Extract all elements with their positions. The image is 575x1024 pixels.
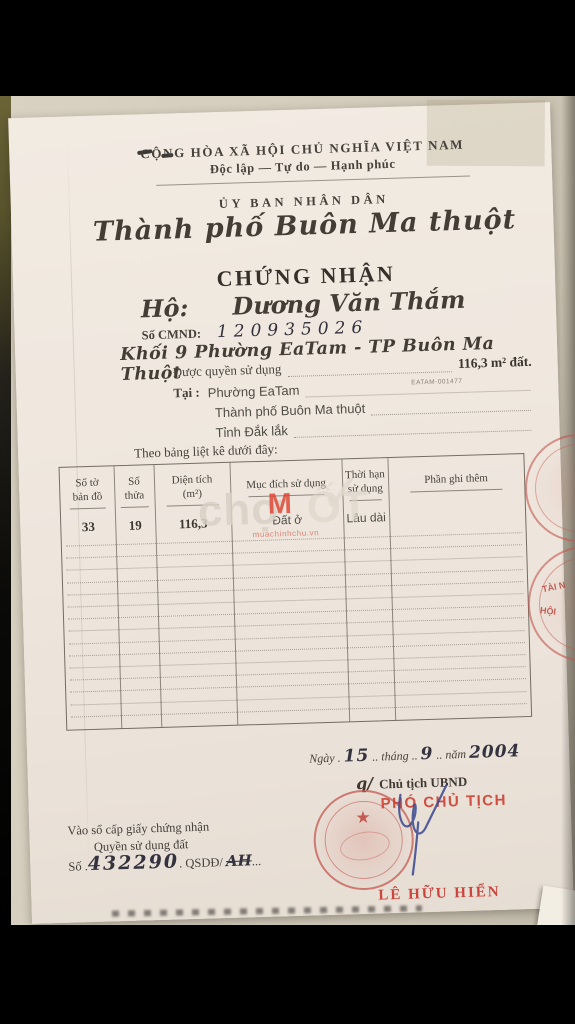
- dotted-leader: [294, 417, 532, 438]
- date-day-handwritten: 15: [343, 746, 369, 767]
- table-header-notes: Phần ghi thêm: [388, 458, 525, 506]
- cell-notes: [389, 506, 525, 526]
- location-ward: Phường EaTam: [208, 383, 300, 401]
- table-dotted-row: [69, 654, 525, 669]
- table-dotted-row: [69, 642, 525, 657]
- phone-screenshot: CỘNG HÒA XÃ HỘI CHỦ NGHĨA VIỆT NAM Độc l…: [0, 0, 575, 1024]
- grant-label: Được quyền sử dụng: [173, 361, 282, 380]
- registry-line3: Số .432290. QSDĐ/ AH...: [68, 851, 261, 876]
- land-parcel-table: Số tờbản đồ Sốthửa Diện tích(m²) Mục đíc…: [59, 453, 533, 731]
- stamp-inner-ring: [535, 444, 575, 532]
- location-city: Thành phố Buôn Ma thuột: [215, 401, 366, 420]
- table-dotted-row: [66, 544, 522, 559]
- watermark-logo-m: M: [267, 488, 292, 522]
- torn-paper-corner: [537, 885, 575, 925]
- holder-label: Hộ:: [140, 293, 188, 323]
- cell-parcel-no: 19: [115, 517, 155, 534]
- table-dotted-row: [69, 630, 525, 645]
- document-photo[interactable]: CỘNG HÒA XÃ HỘI CHỦ NGHĨA VIỆT NAM Độc l…: [0, 96, 575, 925]
- id-label: Số CMND:: [141, 327, 201, 343]
- signature-ink: [386, 779, 467, 886]
- table-dotted-row: [68, 605, 524, 620]
- table-dotted-row: [70, 678, 526, 693]
- watermark-check-icon: ✓: [319, 464, 364, 525]
- table-dotted-row: [68, 618, 524, 633]
- location-label: Tại :: [173, 385, 200, 402]
- registry-block: Vào sổ cấp giấy chứng nhận Quyền sử dụng…: [67, 817, 261, 876]
- table-intro: Theo bảng liệt kê dưới đây:: [134, 441, 278, 461]
- location-province: Tỉnh Đắk lắk: [215, 423, 288, 440]
- table-dotted-row: [67, 581, 523, 596]
- certificate-paper: CỘNG HÒA XÃ HỘI CHỦ NGHĨA VIỆT NAM Độc l…: [8, 102, 574, 924]
- date-year-handwritten: 2004: [469, 741, 521, 763]
- holder-name: Dương Văn Thắm: [232, 285, 466, 321]
- table-header-parcel-no: Sốthửa: [114, 469, 155, 514]
- cell-map-sheet: 33: [61, 518, 115, 536]
- table-dotted-row: [71, 703, 527, 718]
- date-line: Ngày . 15 .. tháng .. 9 .. năm 2004: [309, 741, 521, 767]
- letterbox-bottom: [0, 925, 575, 1024]
- grant-area: 116,3: [458, 355, 488, 372]
- table-header-map-sheet: Số tờbản đồ: [60, 470, 115, 516]
- table-dotted-row: [67, 557, 523, 572]
- date-month-handwritten: 9: [420, 744, 433, 764]
- registry-number-handwritten: 432290: [87, 850, 179, 875]
- table-dotted-row: [70, 666, 526, 681]
- letterbox-top: [0, 0, 575, 96]
- grant-unit: m² đất.: [491, 354, 532, 371]
- stamp-inner-ring: [539, 557, 575, 651]
- table-dotted-row: [68, 593, 524, 608]
- table-dotted-row: [71, 691, 527, 706]
- registry-strike-handwritten: AH: [226, 851, 252, 870]
- table-dotted-row: [67, 569, 523, 584]
- signer-name: LÊ HỮU HIỂN: [378, 884, 501, 905]
- stamp-text-2: HỘI: [540, 605, 557, 617]
- photo-left-edge: [0, 96, 11, 925]
